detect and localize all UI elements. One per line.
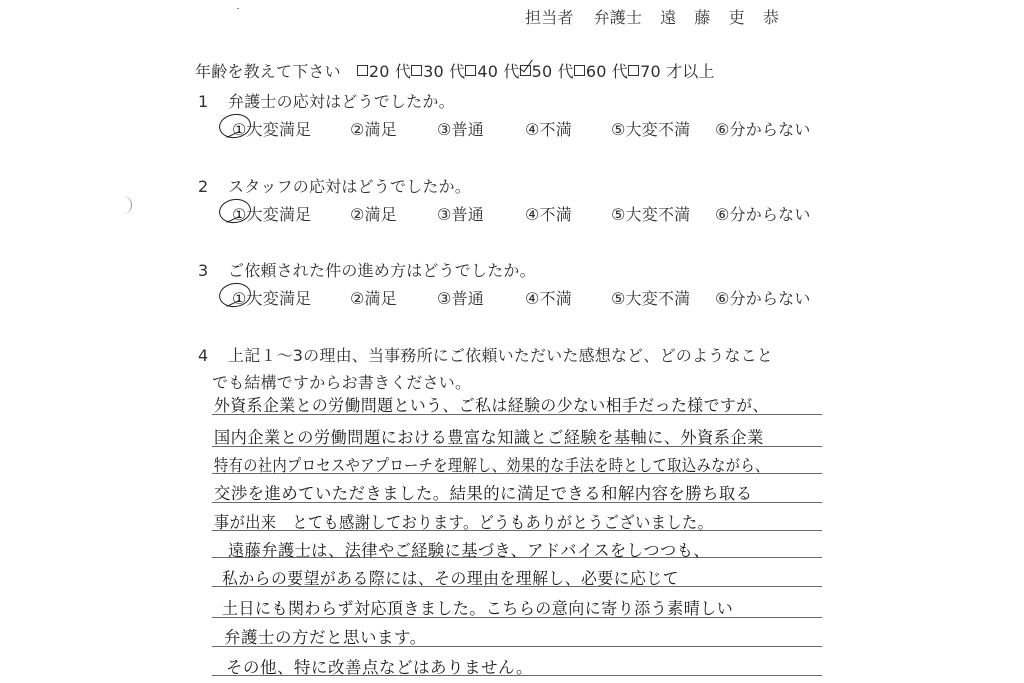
rating-option-very-satisfied[interactable]: ①大変満足	[232, 202, 350, 225]
age-option-20s[interactable]: 20 代	[357, 59, 411, 82]
age-checkbox[interactable]	[411, 65, 422, 76]
rating-option-neutral[interactable]: ③普通	[437, 117, 525, 140]
age-option-label: 20 代	[369, 59, 411, 82]
rating-option-unknown[interactable]: ⑥分からない	[715, 202, 811, 225]
rating-option-satisfied[interactable]: ②満足	[350, 286, 437, 309]
question-text: 上記１～3の理由、当事務所にご依頼いただいた感想など、どのようなこと	[228, 346, 773, 365]
handwritten-line: 遠藤弁護士は、法律やご経験に基づき、アドバイスをしつつも、	[228, 537, 710, 561]
rating-option-dissatisfied[interactable]: ④不満	[525, 117, 611, 140]
rating-option-dissatisfied[interactable]: ④不満	[525, 202, 611, 225]
staff-name-char: 吏	[729, 5, 745, 28]
age-option-40s[interactable]: 40 代	[465, 59, 519, 82]
staff-in-charge: 担当者 弁護士 遠 藤 吏 恭	[525, 5, 779, 28]
rating-option-very-dissatisfied[interactable]: ⑤大変不満	[611, 286, 715, 309]
age-option-label: 30 代	[423, 59, 465, 82]
question-1-options: ①大変満足 ②満足 ③普通 ④不満 ⑤大変不満 ⑥分からない	[232, 117, 811, 140]
handwritten-line: その他、特に改善点などはありません。	[226, 654, 533, 678]
rating-option-very-dissatisfied[interactable]: ⑤大変不満	[611, 117, 715, 140]
handwritten-line: 特有の社内プロセスやアプローチを理解し、効果的な手法を時として取込みながら、	[214, 452, 770, 476]
rating-option-unknown[interactable]: ⑥分からない	[715, 286, 811, 309]
question-text: ご依頼された件の進め方はどうでしたか。	[228, 261, 536, 280]
handwritten-line: 事が出来 とても感謝しております。どうもありがとうございました。	[214, 509, 713, 533]
question-text: 弁護士の応対はどうでしたか。	[228, 92, 455, 111]
age-option-label: 60 代	[586, 59, 628, 82]
rating-option-satisfied[interactable]: ②満足	[350, 117, 437, 140]
staff-name-char: 恭	[763, 5, 779, 28]
question-number: 4	[198, 342, 228, 369]
age-option-30s[interactable]: 30 代	[411, 59, 465, 82]
question-3-options: ①大変満足 ②満足 ③普通 ④不満 ⑤大変不満 ⑥分からない	[232, 286, 811, 309]
age-checkbox-checked[interactable]	[520, 65, 531, 76]
question-text: スタッフの応対はどうでしたか。	[228, 177, 471, 196]
scan-speck	[237, 8, 239, 9]
question-number: 2	[198, 177, 228, 196]
rating-option-very-dissatisfied[interactable]: ⑤大変不満	[611, 202, 715, 225]
question-4-prompt: 4上記１～3の理由、当事務所にご依頼いただいた感想など、どのようなこと でも結構…	[198, 342, 773, 396]
rating-option-dissatisfied[interactable]: ④不満	[525, 286, 611, 309]
age-checkbox[interactable]	[574, 65, 585, 76]
age-prompt: 年齢を教えて下さい	[195, 59, 341, 82]
rating-option-neutral[interactable]: ③普通	[437, 286, 525, 309]
question-number: 3	[198, 261, 228, 280]
rating-option-very-satisfied[interactable]: ①大変満足	[232, 286, 350, 309]
handwritten-line: 交渉を進めていただきました。結果的に満足できる和解内容を勝ち取る	[214, 480, 753, 504]
staff-role: 弁護士	[594, 5, 643, 28]
staff-name-char: 藤	[694, 5, 710, 28]
question-3-title: 3ご依頼された件の進め方はどうでしたか。	[198, 258, 536, 281]
rating-option-neutral[interactable]: ③普通	[437, 202, 525, 225]
handwritten-line: 私からの要望がある際には、その理由を理解し、必要に応じて	[222, 565, 679, 589]
handwritten-line: 土日にも関わらず対応頂きました。こちらの意向に寄り添う素晴しい	[222, 595, 733, 619]
rating-option-unknown[interactable]: ⑥分からない	[715, 117, 811, 140]
stray-pen-mark	[123, 196, 132, 214]
staff-label: 担当者	[525, 5, 574, 28]
age-question: 年齢を教えて下さい 20 代 30 代 40 代 50 代 60 代 70 才以…	[195, 59, 715, 82]
age-checkbox[interactable]	[628, 65, 639, 76]
question-1-title: 1弁護士の応対はどうでしたか。	[198, 89, 455, 112]
age-checkbox[interactable]	[465, 65, 476, 76]
question-number: 1	[198, 92, 228, 111]
handwritten-line: 弁護士の方だと思います。	[224, 624, 427, 648]
age-option-60s[interactable]: 60 代	[574, 59, 628, 82]
age-option-label: 40 代	[477, 59, 519, 82]
question-2-title: 2スタッフの応対はどうでしたか。	[198, 174, 471, 197]
handwritten-line: 外資系企業との労働問題という、ご私は経験の少ない相手だった様ですが、	[214, 392, 769, 416]
staff-name-char: 遠	[660, 5, 676, 28]
handwritten-line: 国内企業との労働問題における豊富な知識とご経験を基軸に、外資系企業	[214, 424, 764, 448]
age-option-70plus[interactable]: 70 才以上	[628, 59, 715, 82]
question-2-options: ①大変満足 ②満足 ③普通 ④不満 ⑤大変不満 ⑥分からない	[232, 202, 811, 225]
rating-option-satisfied[interactable]: ②満足	[350, 202, 437, 225]
age-option-50s[interactable]: 50 代	[520, 59, 574, 82]
rating-option-very-satisfied[interactable]: ①大変満足	[232, 117, 350, 140]
age-option-label: 50 代	[532, 59, 574, 82]
age-option-label: 70 才以上	[640, 59, 715, 82]
age-checkbox[interactable]	[357, 65, 368, 76]
